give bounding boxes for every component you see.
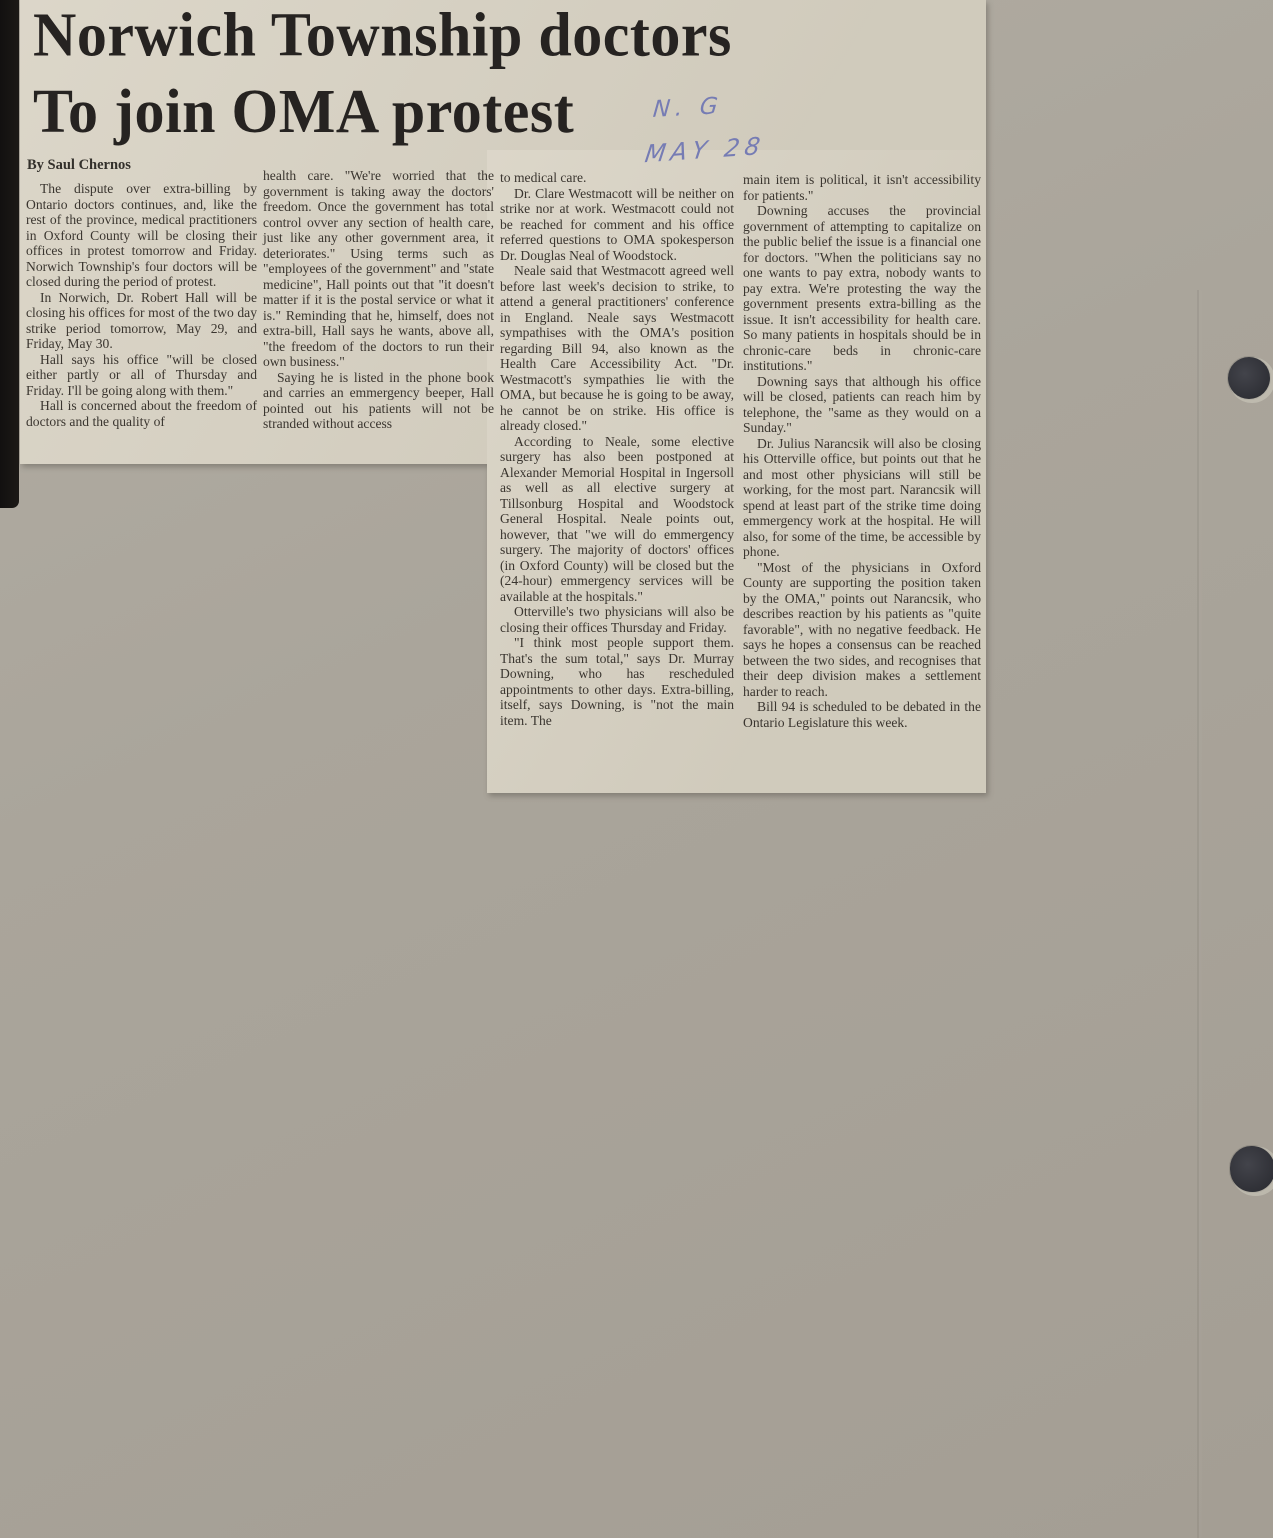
article-column-2: health care. "We're worried that the gov… xyxy=(263,168,494,432)
punch-hole-bottom xyxy=(1230,1146,1273,1192)
article-paragraph: "I think most people support them. That'… xyxy=(500,635,734,728)
article-paragraph: main item is political, it isn't accessi… xyxy=(743,172,981,203)
headline-line-1: Norwich Township doctors xyxy=(33,0,933,73)
article-paragraph: In Norwich, Dr. Robert Hall will be clos… xyxy=(26,290,257,352)
article-paragraph: health care. "We're worried that the gov… xyxy=(263,168,494,370)
newspaper-clipping: Norwich Township doctors To join OMA pro… xyxy=(0,0,1273,1538)
article-column-3: to medical care.Dr. Clare Westmacott wil… xyxy=(500,170,734,728)
article-paragraph: to medical care. xyxy=(500,170,734,186)
article-paragraph: The dispute over extra-billing by Ontari… xyxy=(26,181,257,290)
article-paragraph: Otterville's two physicians will also be… xyxy=(500,604,734,635)
handwritten-initials: N. G xyxy=(652,93,724,123)
article-paragraph: According to Neale, some elective surger… xyxy=(500,434,734,605)
article-paragraph: Dr. Julius Narancsik will also be closin… xyxy=(743,436,981,560)
article-paragraph: Bill 94 is scheduled to be debated in th… xyxy=(743,699,981,730)
article-column-4: main item is political, it isn't accessi… xyxy=(743,172,981,730)
article-headline: Norwich Township doctors To join OMA pro… xyxy=(33,0,933,150)
article-paragraph: Dr. Clare Westmacott will be neither on … xyxy=(500,186,734,264)
article-paragraph: "Most of the physicians in Oxford County… xyxy=(743,560,981,700)
page-crease-line xyxy=(1197,290,1199,1538)
article-paragraph: Hall is concerned about the freedom of d… xyxy=(26,398,257,429)
scan-edge-shadow xyxy=(0,0,19,508)
article-paragraph: Hall says his office "will be closed eit… xyxy=(26,352,257,399)
article-paragraph: Downing says that although his office wi… xyxy=(743,374,981,436)
article-paragraph: Saying he is listed in the phone book an… xyxy=(263,370,494,432)
article-column-1: The dispute over extra-billing by Ontari… xyxy=(26,181,257,429)
scrapbook-page: Norwich Township doctors To join OMA pro… xyxy=(0,0,1273,1538)
article-byline: By Saul Chernos xyxy=(27,157,257,174)
headline-line-2: To join OMA protest xyxy=(33,73,933,150)
article-paragraph: Downing accuses the provincial governmen… xyxy=(743,203,981,374)
article-paragraph: Neale said that Westmacott agreed well b… xyxy=(500,263,734,434)
punch-hole-top xyxy=(1228,357,1270,399)
